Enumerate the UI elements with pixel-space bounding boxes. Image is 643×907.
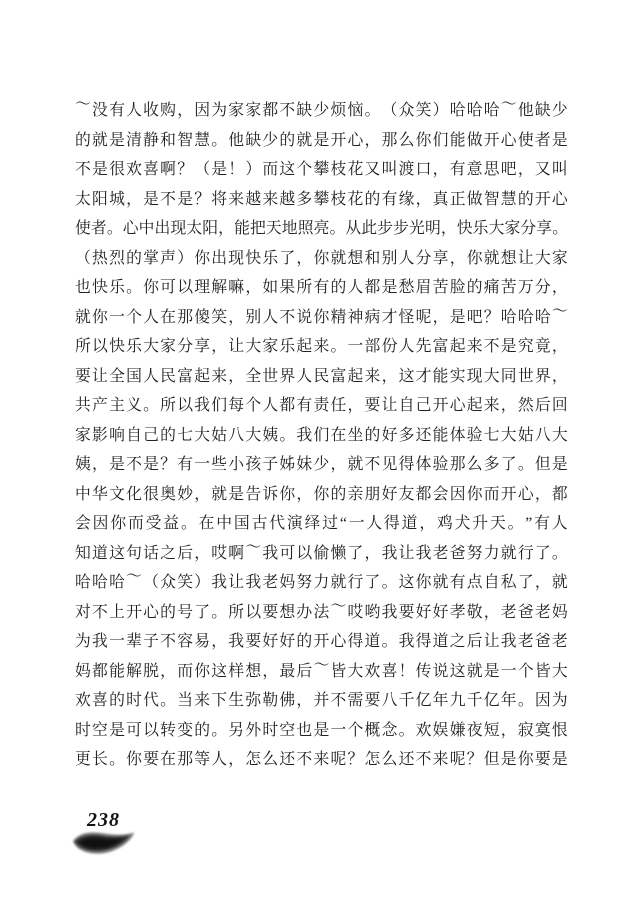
text-line: 所以快乐大家分享，让大家乐起来。一部份人先富起来不是究竟， [75, 332, 568, 362]
text-line: ～没有人收购，因为家家都不缺少烦恼。（众笑）哈哈哈～他缺少 [75, 96, 568, 126]
text-line: 中华文化很奥妙，就是告诉你，你的亲朋好友都会因你而开心，都 [75, 480, 568, 510]
ink-brush-smudge-icon [71, 829, 137, 859]
text-line: 姨，是不是？有一些小孩子姊妹少，就不见得体验那么多了。但是 [75, 450, 568, 480]
text-line: 就你一个人在那傻笑，别人不说你精神病才怪呢，是吧？哈哈哈～ [75, 303, 568, 333]
text-line: 也快乐。你可以理解嘛，如果所有的人都是愁眉苦脸的痛苦万分， [75, 273, 568, 303]
text-line: 更长。你要在那等人，怎么还不来呢？怎么还不来呢？但是你要是 [75, 745, 568, 775]
text-line: 家影响自己的七大姑八大姨。我们在坐的好多还能体验七大姑八大 [75, 421, 568, 451]
text-line: 知道这句话之后，哎啊～我可以偷懒了，我让我老爸努力就行了。 [75, 539, 568, 569]
text-line: （热烈的掌声）你出现快乐了，你就想和别人分享，你就想让大家 [75, 244, 568, 274]
book-page: ～没有人收购，因为家家都不缺少烦恼。（众笑）哈哈哈～他缺少的就是清静和智慧。他缺… [0, 0, 643, 907]
text-line: 欢喜的时代。当来下生弥勒佛，并不需要八千亿年九千亿年。因为 [75, 686, 568, 716]
body-text: ～没有人收购，因为家家都不缺少烦恼。（众笑）哈哈哈～他缺少的就是清静和智慧。他缺… [75, 96, 568, 775]
text-line: 妈都能解脱，而你这样想，最后～皆大欢喜！传说这就是一个皆大 [75, 657, 568, 687]
text-line: 时空是可以转变的。另外时空也是一个概念。欢娱嫌夜短，寂寞恨 [75, 716, 568, 746]
text-line: 会因你而受益。在中国古代演绎过“一人得道，鸡犬升天。”有人 [75, 509, 568, 539]
text-line: 太阳城，是不是？将来越来越多攀枝花的有缘，真正做智慧的开心 [75, 185, 568, 215]
text-line: 使者。心中出现太阳，能把天地照亮。从此步步光明，快乐大家分享。 [75, 214, 568, 244]
text-line: 要让全国人民富起来，全世界人民富起来，这才能实现大同世界， [75, 362, 568, 392]
text-line: 的就是清静和智慧。他缺少的就是开心，那么你们能做开心使者是 [75, 126, 568, 156]
text-line: 共产主义。所以我们每个人都有责任，要让自己开心起来，然后回 [75, 391, 568, 421]
text-line: 对不上开心的号了。所以要想办法～哎哟我要好好孝敬，老爸老妈 [75, 598, 568, 628]
text-line: 哈哈哈～（众笑）我让我老妈努力就行了。这你就有点自私了，就 [75, 568, 568, 598]
text-line: 不是很欢喜啊？（是！）而这个攀枝花又叫渡口，有意思吧，又叫 [75, 155, 568, 185]
